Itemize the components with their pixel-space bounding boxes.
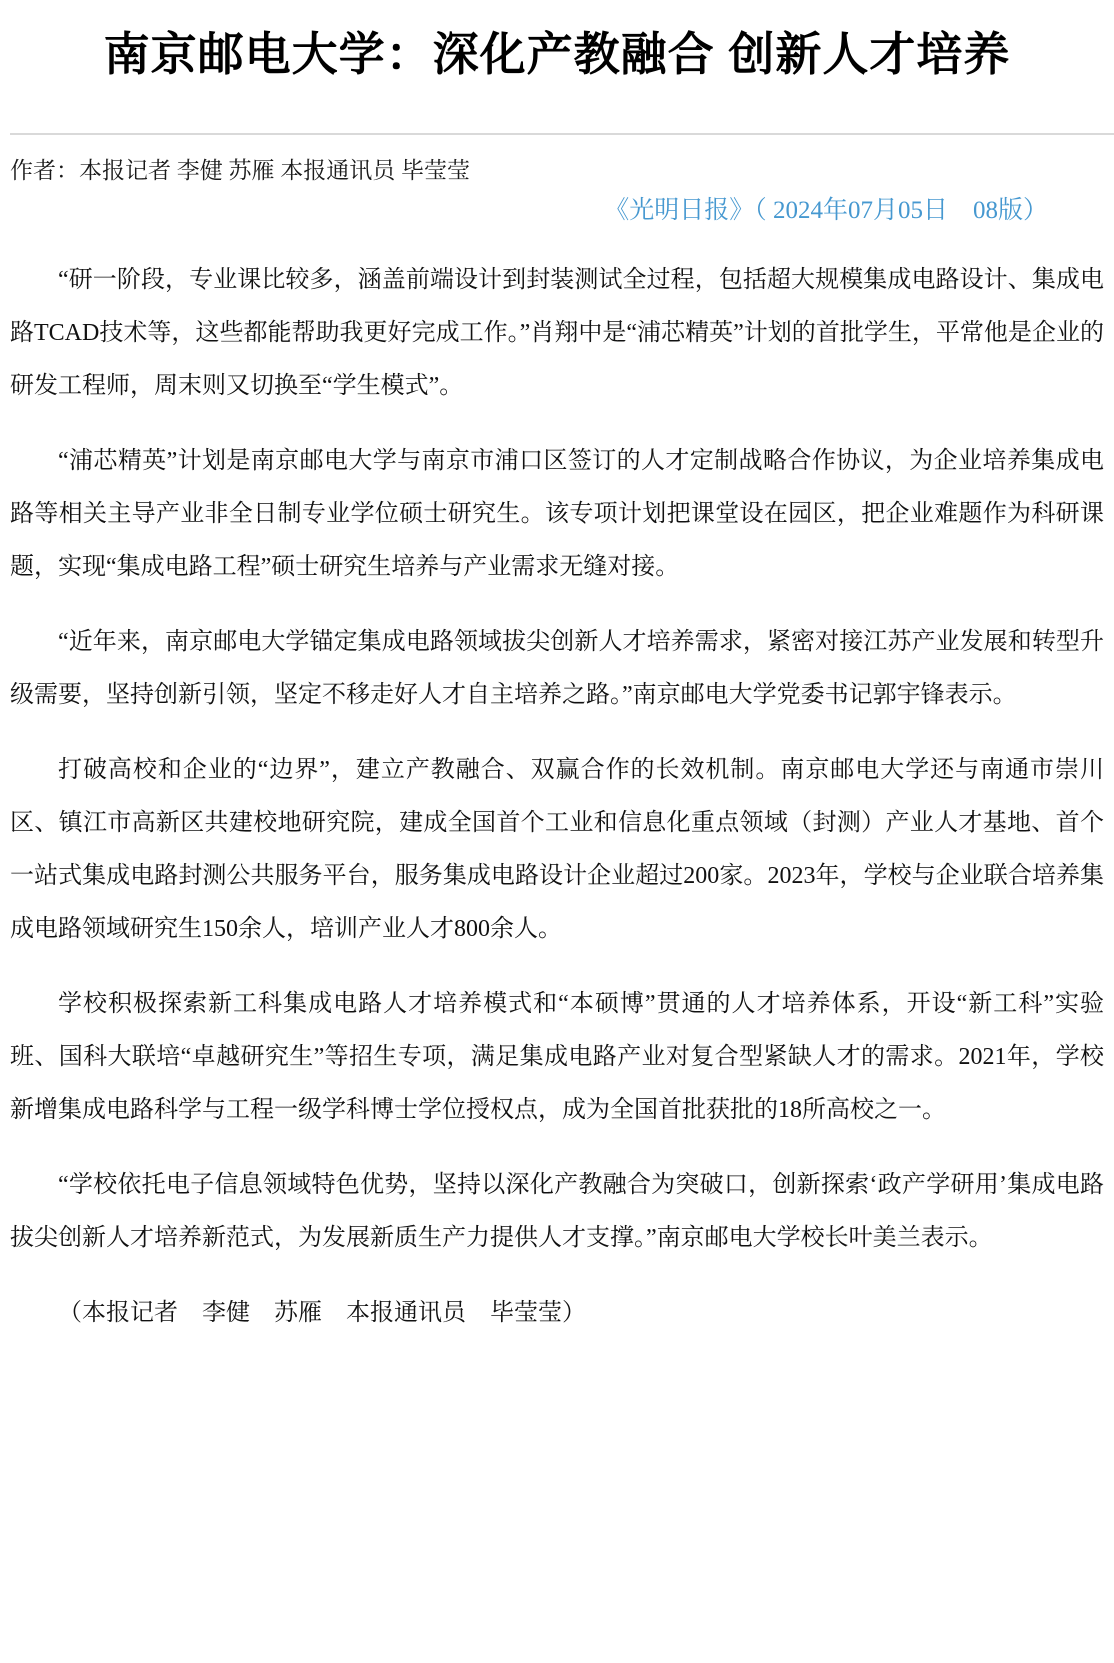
article-closing-credit: （本报记者 李健 苏雁 本报通讯员 毕莹莹） bbox=[10, 1287, 1104, 1340]
source-row: 《光明日报》（ 2024年07月05日 08版） bbox=[0, 194, 1114, 227]
article-body: “研一阶段，专业课比较多，涵盖前端设计到封装测试全过程，包括超大规模集成电路设计… bbox=[0, 227, 1114, 1340]
article-page: 南京邮电大学：深化产教融合 创新人才培养 作者：本报记者 李健 苏雁 本报通讯员… bbox=[0, 0, 1114, 1663]
article-paragraph-2: “浦芯精英”计划是南京邮电大学与南京市浦口区签订的人才定制战略合作协议，为企业培… bbox=[10, 435, 1104, 594]
article-byline: 作者：本报记者 李健 苏雁 本报通讯员 毕莹莹 bbox=[10, 155, 1104, 186]
article-paragraph-5: 学校积极探索新工科集成电路人才培养模式和“本硕博”贯通的人才培养体系，开设“新工… bbox=[10, 978, 1104, 1137]
title-divider bbox=[10, 133, 1114, 135]
article-paragraph-6: “学校依托电子信息领域特色优势，坚持以深化产教融合为突破口，创新探索‘政产学研用… bbox=[10, 1159, 1104, 1265]
page-title: 南京邮电大学：深化产教融合 创新人才培养 bbox=[0, 0, 1114, 82]
article-paragraph-4: 打破高校和企业的“边界”，建立产教融合、双赢合作的长效机制。南京邮电大学还与南通… bbox=[10, 744, 1104, 956]
article-paragraph-1: “研一阶段，专业课比较多，涵盖前端设计到封装测试全过程，包括超大规模集成电路设计… bbox=[10, 254, 1104, 413]
source-publication-link[interactable]: 《光明日报》（ 2024年07月05日 08版） bbox=[604, 197, 1048, 224]
article-paragraph-3: “近年来，南京邮电大学锚定集成电路领域拔尖创新人才培养需求，紧密对接江苏产业发展… bbox=[10, 616, 1104, 722]
